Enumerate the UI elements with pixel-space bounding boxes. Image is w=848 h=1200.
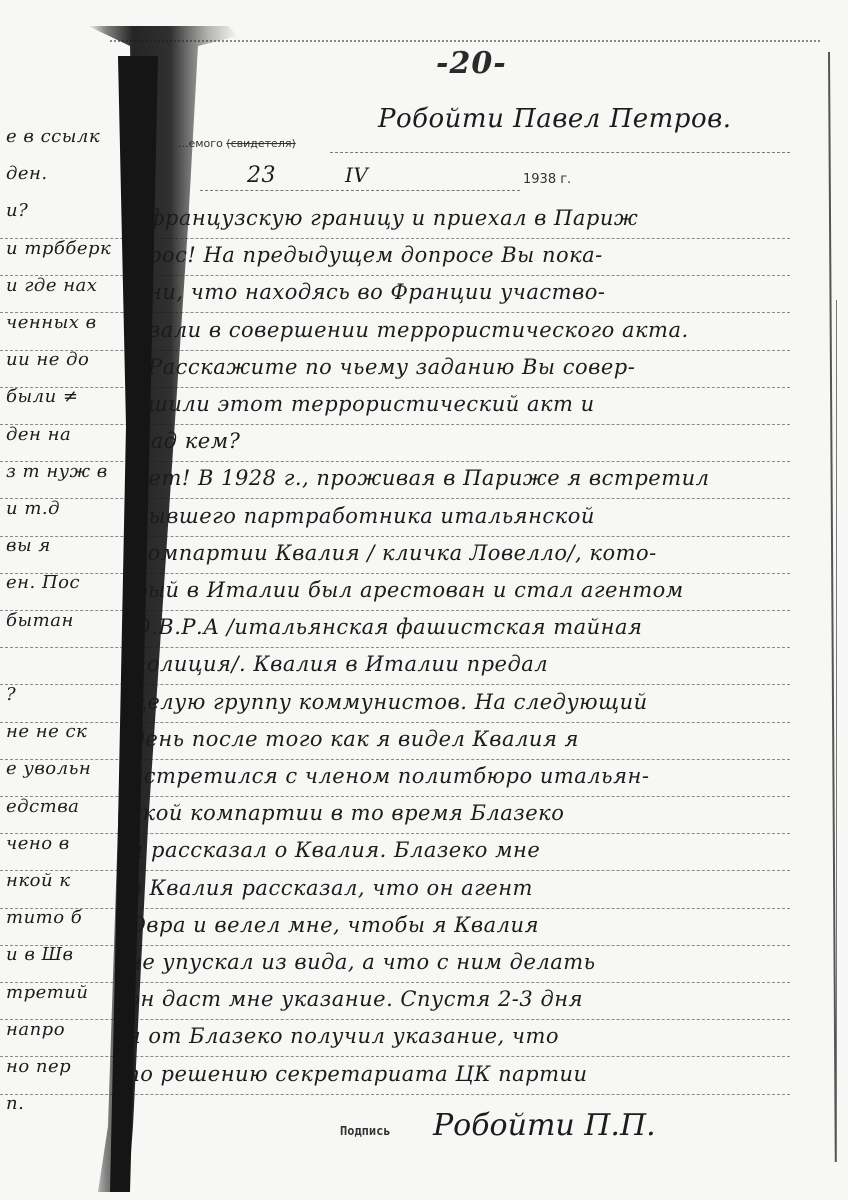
- body-line: компартии Квалия / кличка Ловелло/, кото…: [135, 541, 657, 565]
- body-line: по решению секретариата ЦК партии: [126, 1062, 587, 1086]
- body-line: французскую границу и приехал в Париж: [148, 206, 638, 230]
- body-line: Расскажите по чьему заданию Вы совер-: [148, 355, 635, 379]
- body-line: о Квалия рассказал, что он агент: [129, 876, 533, 900]
- printed-label-prefix: ...емого: [178, 137, 223, 150]
- body-line: шили этот террористический акт и: [148, 392, 595, 416]
- interrogated-name: Робойти Павел Петров.: [378, 104, 732, 134]
- ruled-line: [0, 427, 790, 462]
- left-margin-fragment: п.: [6, 1093, 24, 1114]
- body-line: вали в совершении террористического акта…: [148, 318, 689, 342]
- body-line: бывшего партработника итальянской: [135, 504, 595, 528]
- top-border: [110, 40, 820, 42]
- date-year: 1938 г.: [523, 172, 571, 187]
- body-line: рос! На предыдущем допросе Вы пока-: [148, 243, 603, 267]
- body-line: день после того как я видел Квалия я: [132, 727, 579, 751]
- body-line: полиция/. Квалия в Италии предал: [133, 652, 548, 676]
- signature-label: Подпись: [340, 1124, 391, 1138]
- name-underline: [330, 152, 790, 153]
- body-line: О.В.Р.А /итальянская фашистская тайная: [133, 615, 642, 639]
- body-line: Овра и велел мне, чтобы я Квалия: [129, 913, 539, 937]
- date-underline: [200, 190, 520, 191]
- printed-label-witness-struck: (свидетеля): [226, 137, 295, 150]
- left-margin-fragment: е в ссылк: [6, 126, 100, 147]
- body-line: вет! В 1928 г., проживая в Париже я встр…: [136, 466, 710, 490]
- signature: Робойти П.П.: [433, 1108, 656, 1143]
- date-day: 23: [247, 163, 276, 188]
- body-line: он даст мне указание. Спустя 2-3 дня: [127, 987, 583, 1011]
- body-line: и рассказал о Квалия. Блазеко мне: [130, 838, 540, 862]
- body-line: рый в Италии был арестован и стал агенто…: [134, 578, 684, 602]
- body-line: ской компартии в то время Блазеко: [130, 801, 564, 825]
- left-margin-fragment: ден.: [6, 163, 48, 184]
- body-line: не упускал из вида, а что с ним делать: [128, 950, 596, 974]
- page-frame-right-inner: [836, 300, 837, 1160]
- scanned-document-page: -20- ...емого (свидетеля) Робойти Павел …: [0, 0, 848, 1200]
- body-line: целую группу коммунистов. На следующий: [132, 690, 648, 714]
- printed-label-interrogated: ...емого (свидетеля): [178, 137, 296, 150]
- body-line: я от Блазеко получил указание, что: [127, 1024, 559, 1048]
- body-line: над кем?: [136, 429, 240, 453]
- body-line: встретился с членом политбюро итальян-: [131, 764, 649, 788]
- date-month: IV: [345, 163, 368, 187]
- body-line: ни, что находясь во Франции участво-: [148, 280, 605, 304]
- page-number: -20-: [436, 46, 507, 81]
